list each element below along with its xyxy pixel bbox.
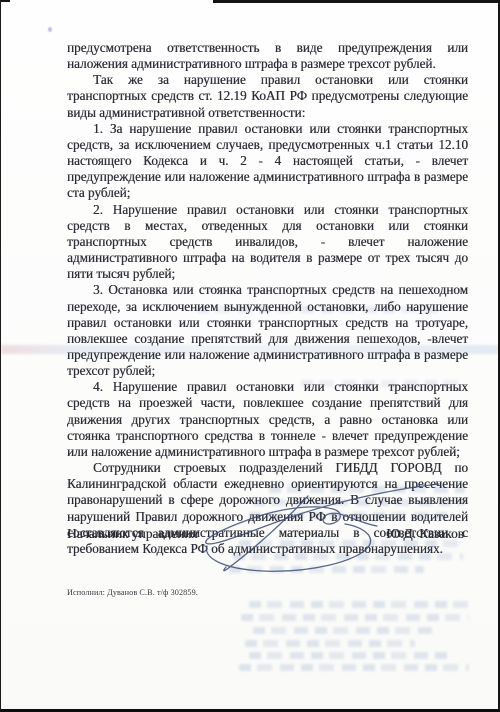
bleed-through-artifact [249, 601, 469, 608]
paragraph: 3. Остановка или стоянка транспортных ср… [67, 282, 468, 379]
bleed-through-artifact [249, 652, 449, 659]
executor-line: Исполнил: Дуванов С.В. т/ф 302859. [67, 588, 198, 597]
bleed-through-artifact [241, 614, 469, 621]
ink-dot-artifact [48, 27, 52, 32]
signature-block: Начальник управления Ю.Д. Казаков [67, 526, 464, 542]
bleed-through-artifact [253, 627, 438, 634]
bleed-through-artifact [239, 664, 469, 671]
signer-position-label: Начальник управления [67, 526, 198, 542]
page-border-top-left-segment [1, 0, 10, 2]
paragraph: предусмотрена ответственность в виде пре… [67, 40, 468, 72]
signer-name: Ю.Д. Казаков [386, 526, 464, 542]
paragraph: Так же за нарушение правил остановки или… [67, 72, 468, 120]
paragraph: 2. Нарушение правил остановки или стоянк… [67, 202, 468, 283]
paragraph: 4. Нарушение правил остановки или стоянк… [67, 379, 468, 460]
bleed-through-artifact [245, 640, 415, 647]
paragraph: 1. За нарушение правил остановки или сто… [67, 121, 468, 202]
scanned-document-page: предусмотрена ответственность в виде пре… [0, 0, 500, 712]
page-border-top-right-segment [213, 0, 498, 3]
